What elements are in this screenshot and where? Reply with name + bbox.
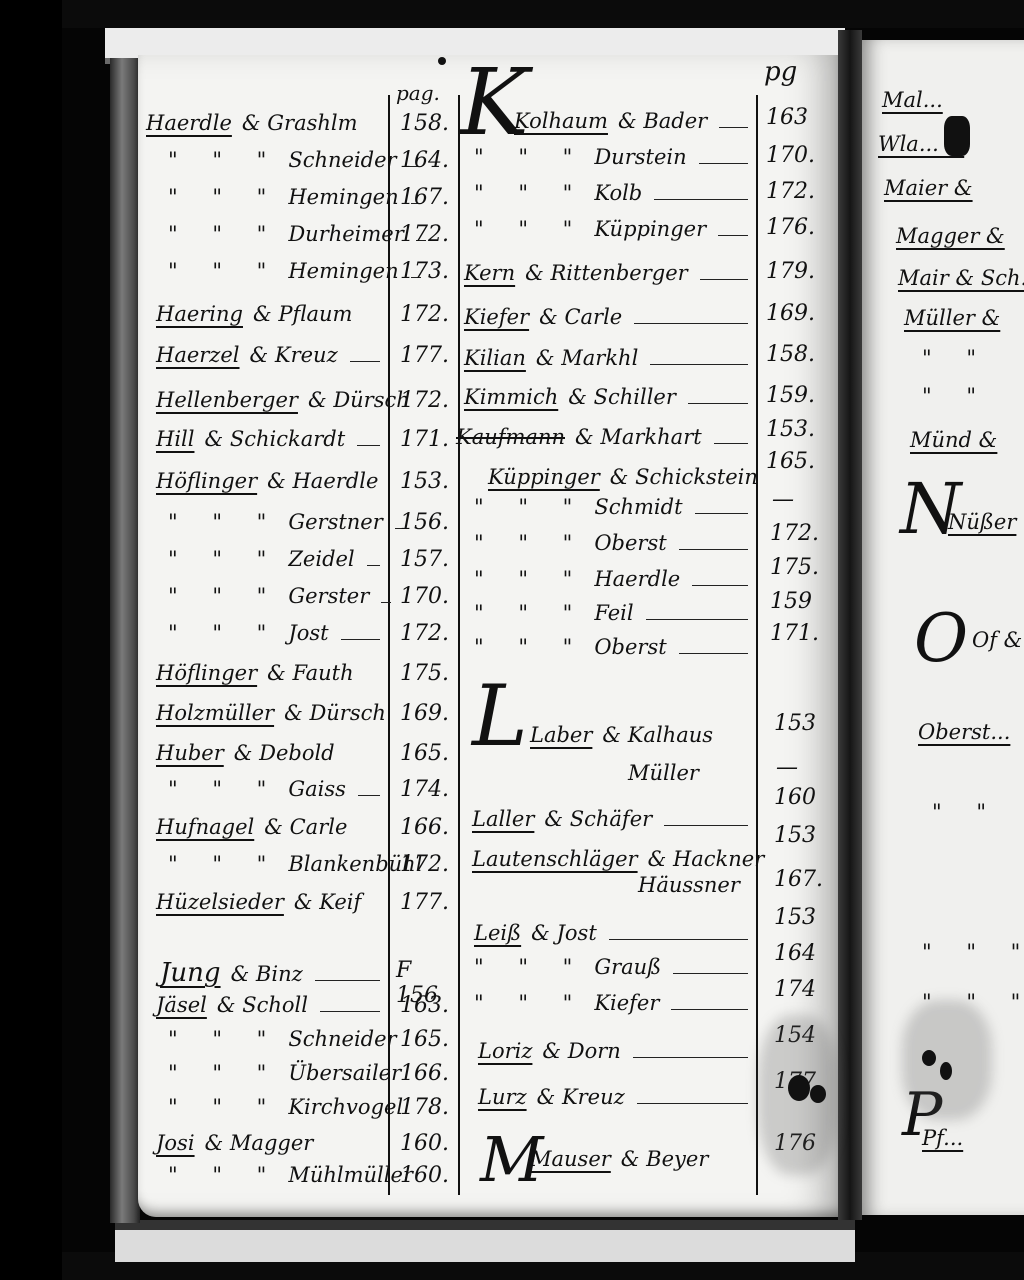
entry-page: — [776,755,798,780]
ink-stain [902,1000,992,1120]
entry-page: 171. [770,621,819,646]
entry-page: 172. [766,179,815,204]
index-entry: " " " Oberst [474,635,754,660]
entry-page: 158. [766,342,815,367]
ink-blot [438,57,446,65]
left-page: pag. pg Haerdle & Grashlm 158. " " " Sch… [138,55,838,1217]
entry-page: 160. [400,1131,449,1156]
section-initial-k: K [460,49,529,156]
index-entry: Jäsel & Scholl [156,993,386,1018]
index-entry: " " " Zeidel [168,547,386,572]
entry-page: 157. [400,547,449,572]
index-entry: Haerdle & Grashlm [146,111,386,135]
entry-page: 153. [766,417,815,442]
index-entry: " " " Jost [168,621,386,646]
entry-page: — [772,487,794,512]
index-entry: " " " Blankenbühl [168,852,386,876]
index-entry: " " " Schmidt [474,495,754,520]
index-entry: Leiß & Jost [474,921,754,946]
entry-page: 171. [400,427,449,452]
index-entry: Kilian & Markhl [464,346,754,371]
entry-page: 172. [400,222,449,247]
entry-page: 167. [774,867,823,892]
entry-page: 163 [766,105,808,130]
entry-page: 172. [400,388,449,413]
index-entry: Of & [972,628,1024,652]
index-entry: Pf... [922,1126,973,1150]
index-entry: " " " Kiefer [474,991,754,1016]
index-entry: " " " Haerdle [474,567,754,592]
index-entry: Josi & Magger [156,1131,386,1155]
entry-page: 172. [400,852,449,877]
scan-frame-left [0,0,62,1280]
entry-page: 175. [770,555,819,580]
entry-page: 156. [400,510,449,535]
index-entry: " " " Feil [474,601,754,626]
entry-page: 167. [400,185,449,210]
rule-left-pages [458,95,460,1195]
middle-column-header: pg [764,57,797,87]
entry-page: 172. [400,621,449,646]
index-entry: Huber & Debold [156,741,386,765]
entry-page: 153. [400,469,449,494]
entry-page: 159. [766,383,815,408]
entry-page: 166. [400,815,449,840]
index-entry: Häussner [638,873,754,897]
entry-page: 153 [774,823,816,848]
index-entry: Kimmich & Schiller [464,385,754,410]
index-entry: " " " Grauß [474,955,754,980]
index-entry: Lurz & Kreuz [478,1085,754,1110]
entry-page: 164 [774,941,816,966]
entry-page: 179. [766,259,815,284]
entry-page: 165. [400,741,449,766]
section-initial-n: N [900,468,961,550]
entry-page: 165. [766,449,815,474]
index-entry: Oberst... [918,720,1020,744]
index-entry: Maier & [884,176,983,200]
index-entry: Kolhaum & Bader [514,109,754,134]
ink-blot [944,116,970,156]
entry-page: 174 [774,977,816,1002]
index-entry: " " " [922,940,1024,964]
book-gutter [838,30,862,1220]
index-entry: Jung & Binz [160,958,386,988]
entry-page: 165. [400,1027,449,1052]
entry-page: 173. [400,259,449,284]
index-entry: Höflinger & Haerdle [156,469,386,493]
entry-page: 158. [400,111,449,136]
entry-page: 169. [766,301,815,326]
entry-page: 160 [774,785,816,810]
index-entry: Müller & [904,306,1010,330]
index-entry: " " [932,800,1008,824]
index-entry: " " " Hemingen [168,185,386,210]
rule-mid-col [756,95,758,1195]
index-entry: Holzmüller & Dürsch [156,701,386,725]
index-entry: " " " Schneider [168,1027,386,1051]
entry-surname: Haerdle [146,111,232,135]
entry-page: 178. [400,1095,449,1120]
index-entry: " " " Kirchvogel [168,1095,386,1119]
entry-page: 153 [774,711,816,736]
index-entry: " " [922,346,998,370]
index-entry: Hellenberger & Dürsch [156,388,386,412]
index-entry: Mauser & Beyer [530,1147,754,1171]
index-entry: " " [922,384,998,408]
index-entry: Haering & Pflaum [156,302,386,326]
ink-blot [922,1050,936,1066]
entry-page: 163. [400,993,449,1018]
index-entry: Mair & Sch... [898,266,1024,290]
index-entry: " " " Durstein [474,145,754,170]
right-page-partial: Mal... Wla... & Maier & Magger & Mair & … [862,40,1024,1215]
index-entry: Haerzel & Kreuz [156,343,386,368]
index-entry: " " " Kolb [474,181,754,206]
entry-page: 170. [400,584,449,609]
entry-page: 174. [400,777,449,802]
ink-blot [788,1075,810,1101]
index-entry: Lautenschläger & Hackner [472,847,754,871]
entry-page: 172. [770,521,819,546]
section-initial-o: O [914,600,968,677]
index-entry: Loriz & Dorn [478,1039,754,1064]
book-spine-edge [110,58,140,1223]
index-entry: Laber & Kalhaus [530,723,754,747]
index-entry: Hüzelsieder & Keif [156,890,386,914]
index-entry: Hill & Schickardt [156,427,386,452]
index-entry: Kern & Rittenberger [464,261,754,286]
ink-blot [810,1085,826,1103]
index-entry: Magger & [896,224,1015,248]
entry-page: 164. [400,148,449,173]
index-entry: " " " Gerstner [168,510,386,535]
index-entry: " " " Hemingen [168,259,386,284]
entry-page: 159 [770,589,812,614]
index-entry: Müller [628,761,754,785]
entry-partner: & Grashlm [242,111,358,135]
entry-page: 170. [766,143,815,168]
entry-page: 176. [766,215,815,240]
index-entry: Kaufmann & Markhart [456,425,754,450]
index-entry: " " " Küppinger [474,217,754,242]
index-entry: Höflinger & Fauth [156,661,386,685]
ink-blot [940,1062,952,1080]
entry-page: 175. [400,661,449,686]
entry-page: 166. [400,1061,449,1086]
index-entry: " " " Oberst [474,531,754,556]
index-entry: " " " Durheimer [168,222,386,247]
index-entry: Mal... [882,88,953,112]
index-entry: " " " Gaiss [168,777,386,802]
index-entry: Hufnagel & Carle [156,815,386,839]
entry-page: 172. [400,302,449,327]
entry-page: 177. [400,890,449,915]
index-entry: " " " Mühlmüller [168,1163,386,1187]
page-mat-bottom [115,1220,855,1262]
entry-page: 153 [774,905,816,930]
index-entry: Münd & [910,428,1007,452]
entry-page: 169. [400,701,449,726]
index-entry: " " " Gerster [168,584,386,609]
left-column-header: pag. [396,81,440,105]
scan-frame-top [62,0,1024,28]
entry-page: 160. [400,1163,449,1188]
index-entry: Nüßer [948,510,1024,534]
index-entry: Laller & Schäfer [472,807,754,832]
index-entry: " " " Übersailer [168,1061,386,1085]
index-entry: Kiefer & Carle [464,305,754,330]
section-initial-l: L [472,667,528,765]
index-entry: " " " Schneider [168,148,386,173]
index-entry: Küppinger & Schickstein [488,465,754,489]
entry-page: 177. [400,343,449,368]
